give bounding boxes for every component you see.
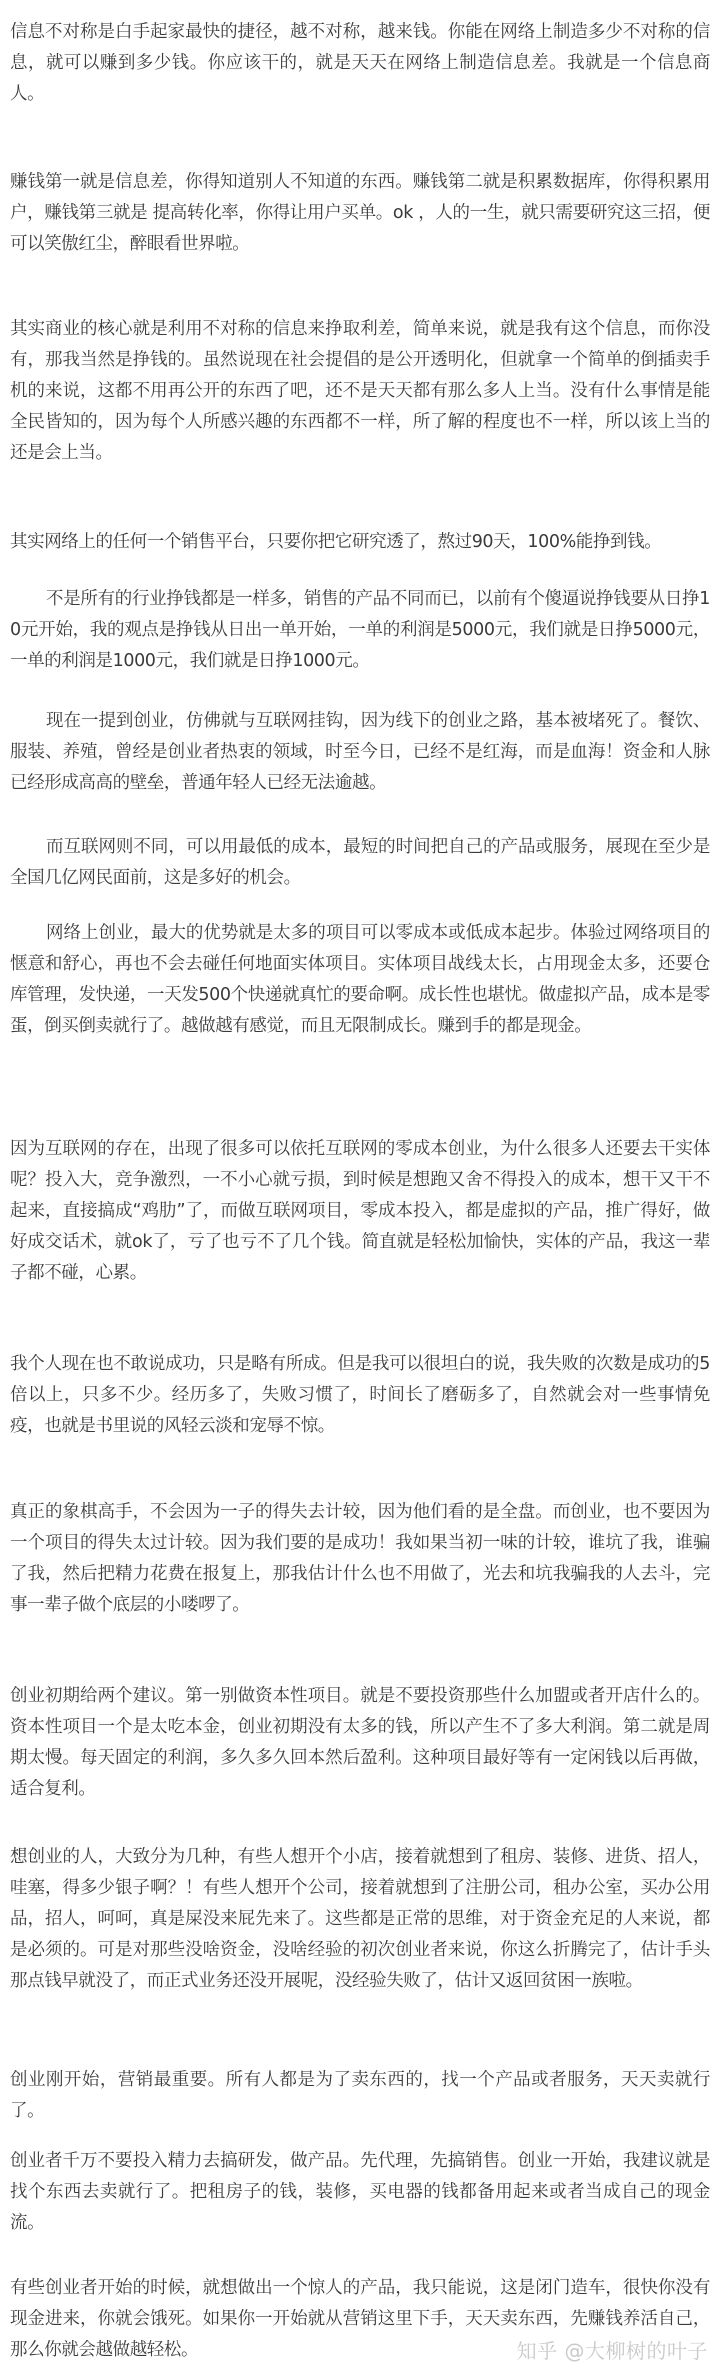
paragraph-no-rnd: 创业者千万不要投入精力去搞研发，做产品。先代理，先搞销售。创业一开始，我建议就是… [10, 2146, 710, 2239]
paragraph-sales-platform: 其实网络上的任何一个销售平台，只要你把它研究透了，熬过90天，100%能挣到钱。 [10, 527, 710, 558]
paragraph-industry-profit: 不是所有的行业挣钱都是一样多，销售的产品不同而已，以前有个傻逼说挣钱要从日挣10… [10, 584, 710, 677]
paragraph-online-advantage: 网络上创业，最大的优势就是太多的项目可以零成本或低成本起步。体验过网络项目的惬意… [10, 918, 710, 1042]
paragraph-types-of-founders: 想创业的人，大致分为几种，有些人想开个小店，接着就想到了租房、装修、进货、招人，… [10, 1842, 710, 1997]
paragraph-chess-master: 真正的象棋高手，不会因为一子的得失去计较，因为他们看的是全盘。而创业，也不要因为… [10, 1497, 710, 1621]
paragraph-marketing-first: 创业刚开始，营销最重要。所有人都是为了卖东西的，找一个产品或者服务，天天卖就行了… [10, 2065, 710, 2127]
zhihu-watermark: 知乎 @大柳树的叶子 [517, 2335, 708, 2364]
paragraph-zero-cost-startup: 因为互联网的存在，出现了很多可以依托互联网的零成本创业，为什么很多人还要去干实体… [10, 1134, 710, 1289]
paragraph-two-suggestions: 创业初期给两个建议。第一别做资本性项目。就是不要投资那些什么加盟或者开店什么的。… [10, 1681, 710, 1805]
paragraph-information-asymmetry: 信息不对称是白手起家最快的捷径，越不对称，越来钱。你能在网络上制造多少不对称的信… [10, 17, 710, 110]
paragraph-business-core: 其实商业的核心就是利用不对称的信息来挣取利差，简单来说，就是我有这个信息，而你没… [10, 314, 710, 469]
paragraph-offline-startup: 现在一提到创业，仿佛就与互联网挂钩，因为线下的创业之路，基本被堵死了。餐饮、服装… [10, 706, 710, 799]
paragraph-internet-opportunity: 而互联网则不同，可以用最低的成本，最短的时间把自己的产品或服务，展现在至少是全国… [10, 832, 710, 894]
paragraph-three-ways-to-earn: 赚钱第一就是信息差，你得知道别人不知道的东西。赚钱第二就是积累数据库，你得积累用… [10, 167, 710, 260]
paragraph-personal-success: 我个人现在也不敢说成功，只是略有所成。但是我可以很坦白的说，我失败的次数是成功的… [10, 1349, 710, 1442]
